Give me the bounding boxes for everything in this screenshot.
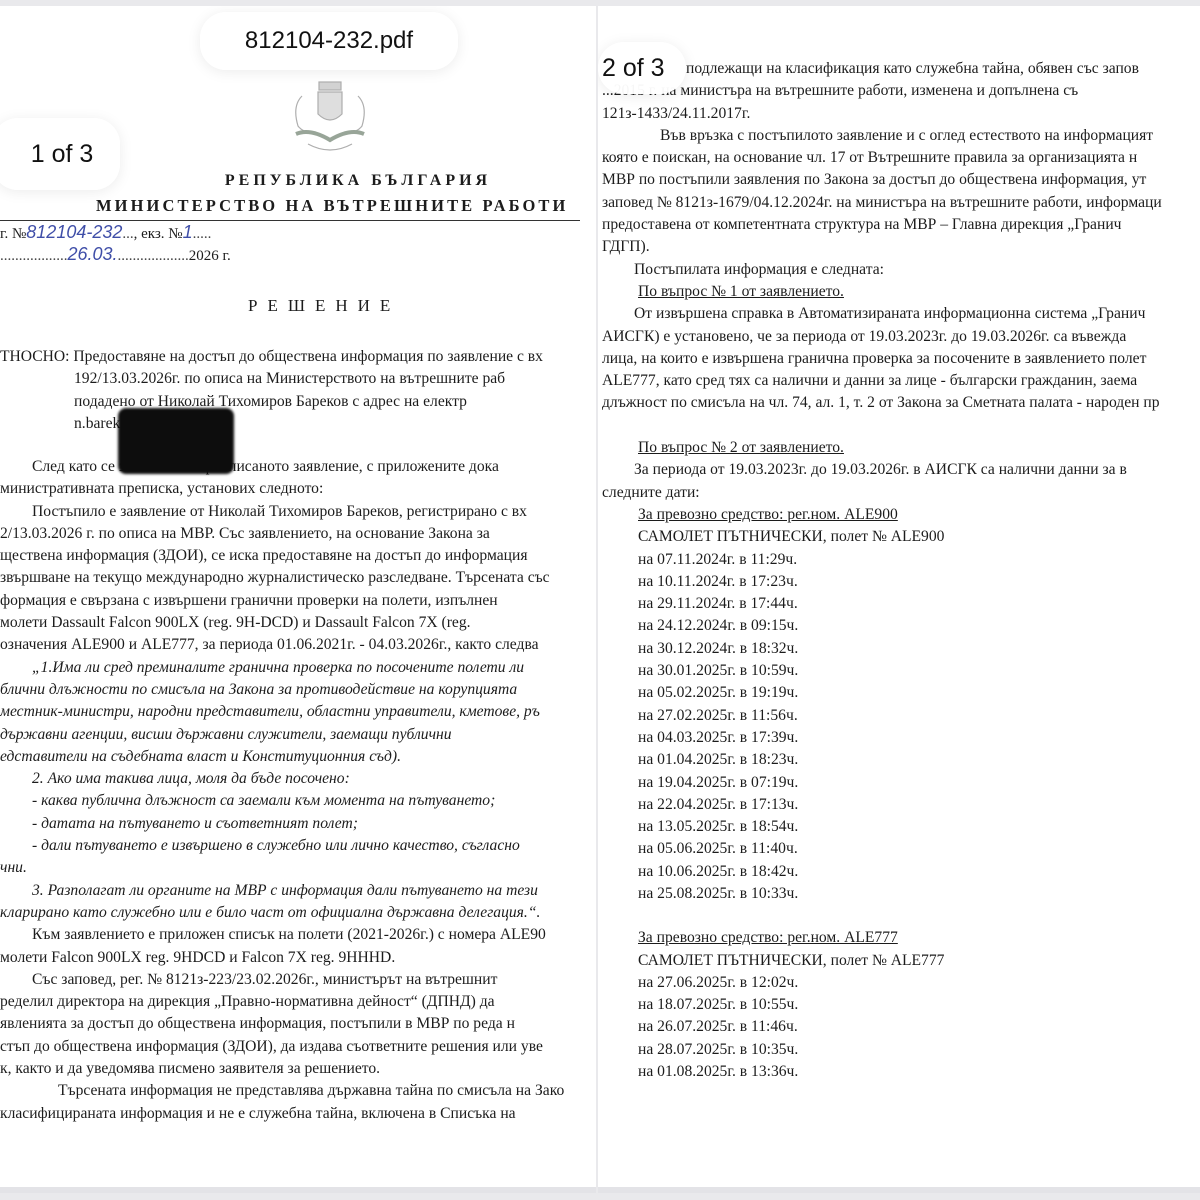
body-line: едставители на съдебната власт и Констит… (0, 746, 564, 768)
reg-dots: ... (122, 226, 133, 242)
body-line: За периода от 19.03.2023г. до 19.03.2026… (602, 459, 1162, 481)
flight-date-item: на 18.07.2025г. в 10:55ч. (602, 994, 1162, 1016)
body-line: Търсената информация не представлява дър… (0, 1080, 564, 1102)
flight-date-item: на 25.08.2025г. в 10:33ч. (602, 883, 1162, 905)
date-line: ..................26.03.................… (0, 244, 231, 265)
page-indicator-2: 2 of 3 (598, 42, 686, 94)
body-line: ределил директора на дирекция „Правно-но… (0, 991, 564, 1013)
date-dots-2: ................... (118, 248, 189, 264)
body-line: След като се запознах с гореописаното за… (0, 456, 564, 478)
copy-dots: ..... (193, 226, 212, 242)
body-line: лица, на които е извършена гранична пров… (602, 348, 1162, 370)
body-line: блични длъжности по смисъла на Закона за… (0, 679, 564, 701)
flight-date-item: на 05.02.2025г. в 19:19ч. (602, 682, 1162, 704)
body-line: молети Falcon 900LX reg. 9HDCD и Falcon … (0, 947, 564, 969)
body-line: министративната преписка, установих след… (0, 478, 564, 500)
body-line: Постъпилата информация е следната: (602, 259, 1162, 281)
flight-type-line: САМОЛЕТ ПЪТНИЧЕСКИ, полет № ALE777 (602, 950, 1162, 972)
pdf-page-2: 2 of 3 подлежащи на класификация като сл… (598, 6, 1200, 1193)
subject-line: ТНОСНО: Предоставяне на достъп до общест… (0, 346, 543, 368)
flight-date-item: на 26.07.2025г. в 11:46ч. (602, 1016, 1162, 1038)
body-line: Към заявлението е приложен списък на пол… (0, 924, 564, 946)
redaction-mark (118, 408, 234, 474)
body-line: 2. Ако има такива лица, моля да бъде пос… (0, 768, 564, 790)
subject-block: ТНОСНО: Предоставяне на достъп до общест… (0, 346, 543, 435)
flight-date-item: на 27.06.2025г. в 12:02ч. (602, 972, 1162, 994)
body-line: 3. Разполагат ли органите на МВР с инфор… (0, 880, 564, 902)
body-line: предоставена от компетентната структура … (602, 214, 1162, 236)
body-line: която е поискан, на основание чл. 17 от … (602, 147, 1162, 169)
page2-body: подлежащи на класификация като служебна … (602, 58, 1162, 1083)
flight-date-item: на 10.11.2024г. в 17:23ч. (602, 571, 1162, 593)
reg-number-handwritten: 812104-232 (26, 222, 122, 242)
body-line: ГДГП). (602, 236, 1162, 258)
flight-date-item: на 04.03.2025г. в 17:39ч. (602, 727, 1162, 749)
flight-date-item: на 30.01.2025г. в 10:59ч. (602, 660, 1162, 682)
body-line: Постъпило е заявление от Николай Тихомир… (0, 501, 564, 523)
body-line: държавни агенции, висши държавни служите… (0, 724, 564, 746)
body-line: АИСГК) е установено, че за периода от 19… (602, 326, 1162, 348)
body-line: местник-министри, народни представители,… (0, 701, 564, 723)
subject-line: 192/13.03.2026г. по описа на Министерств… (0, 368, 543, 390)
body-line: По въпрос № 1 от заявлението. (602, 281, 1162, 303)
page-bottom-edge (598, 1187, 1200, 1193)
registration-line: г. №812104-232..., екз. №1..... (0, 222, 211, 243)
flight-date-item: на 24.12.2024г. в 09:15ч. (602, 615, 1162, 637)
flight-date-item: на 27.02.2025г. в 11:56ч. (602, 705, 1162, 727)
body-line: От извършена справка в Автоматизираната … (602, 303, 1162, 325)
flight-date-item: на 29.11.2024г. в 17:44ч. (602, 593, 1162, 615)
coat-of-arms-icon (282, 76, 378, 162)
body-line: кларирано като служебно или е било част … (0, 902, 564, 924)
flight-date-item: на 05.06.2025г. в 11:40ч. (602, 838, 1162, 860)
body-line: означения ALE900 и ALE777, за периода 01… (0, 634, 564, 656)
body-line: - датата на пътуването и съответният пол… (0, 813, 564, 835)
body-line: - дали пътуването е извършено в служебно… (0, 835, 564, 857)
date-dots-1: .................. (0, 248, 68, 264)
flight-date-item: на 07.11.2024г. в 11:29ч. (602, 549, 1162, 571)
page-indicator-1: 1 of 3 (0, 118, 120, 190)
page-bottom-edge (0, 1187, 596, 1193)
subject-line: n.barekov72@gmail.com (0, 413, 543, 435)
body-line: „1.Има ли сред преминалите гранична пров… (0, 657, 564, 679)
body-line: следните дати: (602, 482, 1162, 504)
body-line: класифицираната информация и не е служеб… (0, 1103, 564, 1125)
pdf-page-1: 812104-232.pdf 1 of 3 РЕПУБЛИКА БЪЛГАРИЯ… (0, 6, 596, 1193)
decision-title: РЕШЕНИЕ (248, 296, 400, 316)
body-line: явленията за достъп до обществена информ… (0, 1013, 564, 1035)
copy-number-handwritten: 1 (183, 222, 193, 242)
body-line: ществена информация (ЗДОИ), се иска пред… (0, 545, 564, 567)
body-line: ALE777, като сред тях са налични и данни… (602, 370, 1162, 392)
body-line: 121з-1433/24.11.2017г. (602, 103, 1162, 125)
flight-date-item: на 22.04.2025г. в 17:13ч. (602, 794, 1162, 816)
body-line: длъжност по смисъла на чл. 74, ал. 1, т.… (602, 392, 1162, 414)
date-year: 2026 г. (189, 248, 231, 264)
subject-line: подадено от Николай Тихомиров Бареков с … (0, 391, 543, 413)
body-line: формация е свързана с извършени гранични… (0, 590, 564, 612)
body-line: молети Dassault Falcon 900LX (reg. 9H-DC… (0, 612, 564, 634)
body-line (602, 415, 1162, 437)
header-divider (0, 220, 580, 221)
body-line: стъп до обществена информация (ЗДОИ), да… (0, 1036, 564, 1058)
body-line: - каква публична длъжност са заемали към… (0, 790, 564, 812)
body-line: По въпрос № 2 от заявлението. (602, 437, 1162, 459)
body-line: чни. (0, 857, 564, 879)
body-line: МВР по постъпили заявления по Закона за … (602, 169, 1162, 191)
flight-date-item: на 13.05.2025г. в 18:54ч. (602, 816, 1162, 838)
body-line: Със заповед, рег. № 8121з-223/23.02.2026… (0, 969, 564, 991)
copy-label: , екз. № (134, 226, 183, 242)
flight-type-line: САМОЛЕТ ПЪТНИЧЕСКИ, полет № ALE900 (602, 526, 1162, 548)
body-line: 2/13.03.2026 г. по описа на МВР. Със зая… (0, 523, 564, 545)
body-line: ...2015 г. на министъра на вътрешните ра… (602, 80, 1162, 102)
flight-date-item: на 30.12.2024г. в 18:32ч. (602, 638, 1162, 660)
flight-date-item: на 01.04.2025г. в 18:23ч. (602, 749, 1162, 771)
body-line: Във връзка с постъпилото заявление и с о… (602, 125, 1162, 147)
flight-date-item: на 19.04.2025г. в 07:19ч. (602, 772, 1162, 794)
flight-date-item: на 01.08.2025г. в 13:36ч. (602, 1061, 1162, 1083)
reg-prefix: г. № (0, 226, 26, 242)
flight-date-item: на 28.07.2025г. в 10:35ч. (602, 1039, 1162, 1061)
body-line: звършване на текущо международно журнали… (0, 567, 564, 589)
body-line: к, както и да уведомява писмено заявител… (0, 1058, 564, 1080)
body-line: заповед № 8121з-1679/04.12.2024г. на мин… (602, 192, 1162, 214)
vehicle-heading: За превозно средство: рег.ном. ALE777 (602, 927, 1162, 949)
vehicle-heading: За превозно средство: рег.ном. ALE900 (602, 504, 1162, 526)
file-name-pill[interactable]: 812104-232.pdf (200, 12, 458, 70)
page1-body: След като се запознах с гореописаното за… (0, 456, 564, 1125)
date-handwritten: 26.03. (68, 244, 118, 264)
ministry-heading: МИНИСТЕРСТВО НА ВЪТРЕШНИТЕ РАБОТИ (96, 196, 568, 216)
flight-date-item: на 10.06.2025г. в 18:42ч. (602, 861, 1162, 883)
